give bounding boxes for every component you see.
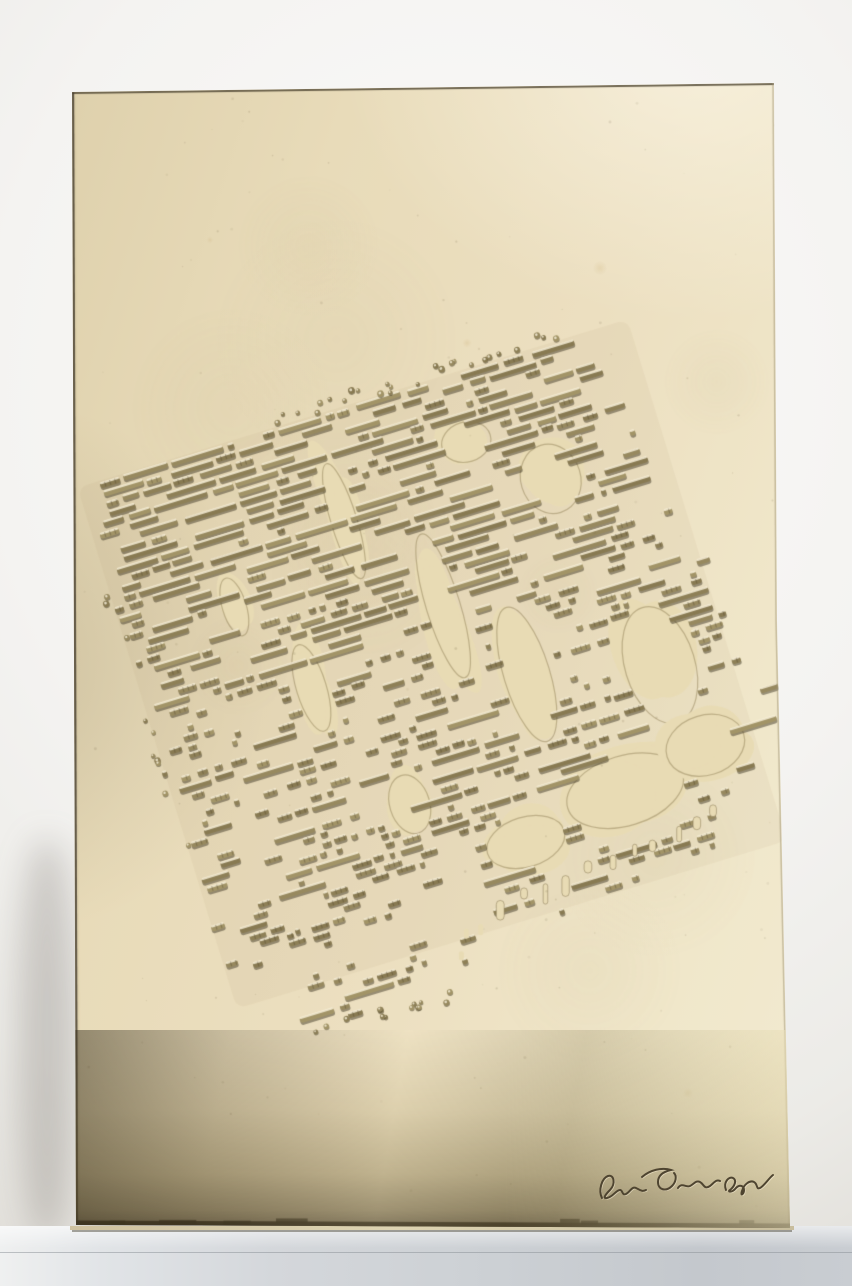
photo-stage (0, 0, 852, 1286)
pedestal (0, 1226, 852, 1286)
signature-stroke-emboss (601, 1177, 647, 1199)
pedestal-crease-line (0, 1252, 852, 1253)
plate-bottom-rim-shadow (72, 1230, 792, 1232)
signature-stroke (642, 1169, 676, 1190)
plate-cast-shadow (18, 840, 76, 1240)
brass-plate (0, 0, 852, 1286)
artist-signature (592, 1146, 782, 1208)
